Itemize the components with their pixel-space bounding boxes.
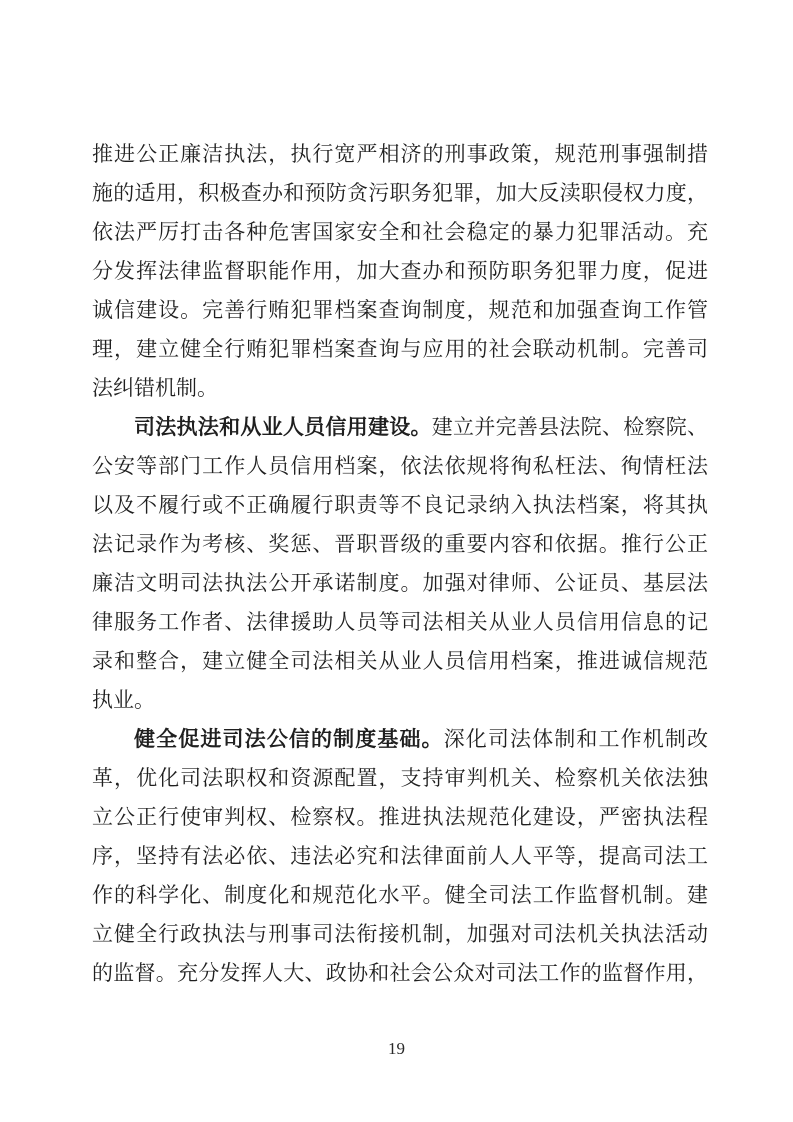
paragraph-line-text: 立健全行政执法与刑事司法衔接机制，加强对司法机关执法活动 xyxy=(92,922,708,946)
paragraph-line-text: 法纠错机制。 xyxy=(92,376,218,400)
paragraph-line: 执业。 xyxy=(92,681,708,720)
paragraph-line: 司法执法和从业人员信用建设。建立并完善县法院、检察院、 xyxy=(92,408,708,447)
paragraph-line-text: 公安等部门工作人员信用档案，依法依规将徇私枉法、徇情枉法 xyxy=(92,454,708,478)
paragraph-line-text: 诚信建设。完善行贿犯罪档案查询制度，规范和加强查询工作管 xyxy=(92,298,708,322)
paragraph-line-text: 以及不履行或不正确履行职责等不良记录纳入执法档案，将其执 xyxy=(92,493,708,517)
paragraph-line-text: 录和整合，建立健全司法相关从业人员信用档案，推进诚信规范 xyxy=(92,649,708,673)
paragraph-line: 推进公正廉洁执法，执行宽严相济的刑事政策，规范刑事强制措 xyxy=(92,135,708,174)
paragraph-line-text: 的监督。充分发挥人大、政协和社会公众对司法工作的监督作用， xyxy=(92,961,708,985)
paragraph-line: 施的适用，积极查办和预防贪污职务犯罪，加大反渎职侵权力度， xyxy=(92,174,708,213)
paragraph-line: 序，坚持有法必依、违法必究和法律面前人人平等，提高司法工 xyxy=(92,837,708,876)
paragraph-line: 廉洁文明司法执法公开承诺制度。加强对律师、公证员、基层法 xyxy=(92,564,708,603)
paragraph-line-text: 推进公正廉洁执法，执行宽严相济的刑事政策，规范刑事强制措 xyxy=(92,142,708,166)
paragraph-line-text: 法记录作为考核、奖惩、晋职晋级的重要内容和依据。推行公正 xyxy=(92,532,708,556)
paragraph-line: 公安等部门工作人员信用档案，依法依规将徇私枉法、徇情枉法 xyxy=(92,447,708,486)
paragraph-line: 理，建立健全行贿犯罪档案查询与应用的社会联动机制。完善司 xyxy=(92,330,708,369)
paragraph-line-text: 深化司法体制和工作机制改 xyxy=(444,727,708,751)
paragraph-line-text: 革，优化司法职权和资源配置，支持审判机关、检察机关依法独 xyxy=(92,766,708,790)
paragraph-line-text: 执业。 xyxy=(92,688,155,712)
paragraph-line: 法纠错机制。 xyxy=(92,369,708,408)
paragraph-line-text: 廉洁文明司法执法公开承诺制度。加强对律师、公证员、基层法 xyxy=(92,571,708,595)
paragraph-line: 诚信建设。完善行贿犯罪档案查询制度，规范和加强查询工作管 xyxy=(92,291,708,330)
paragraph-line: 录和整合，建立健全司法相关从业人员信用档案，推进诚信规范 xyxy=(92,642,708,681)
paragraph-line: 立健全行政执法与刑事司法衔接机制，加强对司法机关执法活动 xyxy=(92,915,708,954)
paragraph-line-text: 立公正行使审判权、检察权。推进执法规范化建设，严密执法程 xyxy=(92,805,708,829)
paragraph-line: 分发挥法律监督职能作用，加大查办和预防职务犯罪力度，促进 xyxy=(92,252,708,291)
paragraph-line-text: 序，坚持有法必依、违法必究和法律面前人人平等，提高司法工 xyxy=(92,844,708,868)
paragraph-line-text: 建立并完善县法院、检察院、 xyxy=(432,415,708,439)
paragraph: 司法执法和从业人员信用建设。建立并完善县法院、检察院、 公安等部门工作人员信用档… xyxy=(92,408,708,720)
paragraph-lead-bold: 健全促进司法公信的制度基础。 xyxy=(134,727,444,751)
paragraph-line: 作的科学化、制度化和规范化水平。健全司法工作监督机制。建 xyxy=(92,876,708,915)
paragraph-line-text: 理，建立健全行贿犯罪档案查询与应用的社会联动机制。完善司 xyxy=(92,337,708,361)
paragraph-line: 依法严厉打击各种危害国家安全和社会稳定的暴力犯罪活动。充 xyxy=(92,213,708,252)
paragraph-line-text: 分发挥法律监督职能作用，加大查办和预防职务犯罪力度，促进 xyxy=(92,259,708,283)
paragraph: 推进公正廉洁执法，执行宽严相济的刑事政策，规范刑事强制措 施的适用，积极查办和预… xyxy=(92,135,708,408)
paragraph-line: 的监督。充分发挥人大、政协和社会公众对司法工作的监督作用， xyxy=(92,954,708,993)
paragraph-line-text: 施的适用，积极查办和预防贪污职务犯罪，加大反渎职侵权力度， xyxy=(92,181,708,205)
paragraph: 健全促进司法公信的制度基础。深化司法体制和工作机制改 革，优化司法职权和资源配置… xyxy=(92,720,708,993)
document-text-block: 推进公正廉洁执法，执行宽严相济的刑事政策，规范刑事强制措 施的适用，积极查办和预… xyxy=(92,135,708,993)
paragraph-line: 以及不履行或不正确履行职责等不良记录纳入执法档案，将其执 xyxy=(92,486,708,525)
paragraph-line: 立公正行使审判权、检察权。推进执法规范化建设，严密执法程 xyxy=(92,798,708,837)
paragraph-line: 律服务工作者、法律援助人员等司法相关从业人员信用信息的记 xyxy=(92,603,708,642)
paragraph-line: 健全促进司法公信的制度基础。深化司法体制和工作机制改 xyxy=(92,720,708,759)
paragraph-line: 革，优化司法职权和资源配置，支持审判机关、检察机关依法独 xyxy=(92,759,708,798)
paragraph-line-text: 作的科学化、制度化和规范化水平。健全司法工作监督机制。建 xyxy=(92,883,708,907)
page-number: 19 xyxy=(0,1036,793,1062)
paragraph-lead-bold: 司法执法和从业人员信用建设。 xyxy=(134,415,432,439)
paragraph-line: 法记录作为考核、奖惩、晋职晋级的重要内容和依据。推行公正 xyxy=(92,525,708,564)
document-page: 推进公正廉洁执法，执行宽严相济的刑事政策，规范刑事强制措 施的适用，积极查办和预… xyxy=(0,0,793,1122)
paragraph-line-text: 依法严厉打击各种危害国家安全和社会稳定的暴力犯罪活动。充 xyxy=(92,220,708,244)
paragraph-line-text: 律服务工作者、法律援助人员等司法相关从业人员信用信息的记 xyxy=(92,610,708,634)
